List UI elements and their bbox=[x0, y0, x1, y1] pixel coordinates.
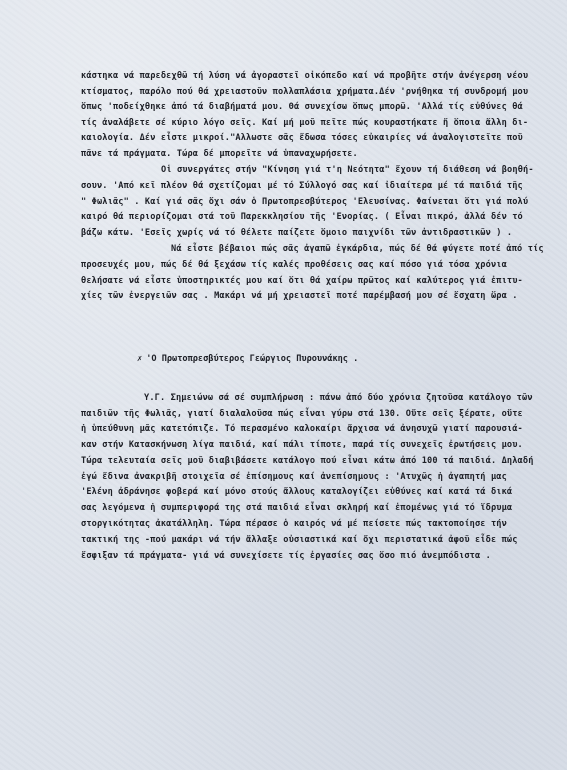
cross-mark-icon: ✗ bbox=[137, 353, 142, 365]
postscript-line: σας λεγόμενα ἡ συμπεριφορά της στά παιδι… bbox=[81, 502, 512, 514]
postscript-line: στοργικότητας ἀκατάλληλη. Τώρα πέρασε ὁ … bbox=[81, 518, 507, 530]
signature-line: ✗'Ο Πρωτοπρεσβύτερος Γεώργιος Πυρουνάκης… bbox=[137, 353, 358, 365]
text-line: πᾶνε τά πράγματα. Τώρα δέ μπορεῖτε νά ὑπ… bbox=[81, 148, 358, 160]
text-line: σουν. 'Από κεῖ πλέον θά σχετίζομαι μέ τό… bbox=[81, 180, 523, 192]
text-line: κάστηκα νά παρεδεχθῶ τή λύση νά ἀγοραστε… bbox=[81, 70, 528, 82]
text-line: θελήσατε νά εἶστε ὑποστηρικτές μου καί ὅ… bbox=[81, 275, 523, 287]
signature-text: 'Ο Πρωτοπρεσβύτερος Γεώργιος Πυρουνάκης … bbox=[146, 354, 358, 364]
postscript-line: Υ.Γ. Σημειώνω σά σέ συμπλήρωση : πάνω ἀπ… bbox=[144, 392, 533, 404]
text-line: καιολογία. Δέν εἶστε μικροί."Αλλωστε σᾶς… bbox=[81, 132, 523, 144]
text-line: Νά εἶστε βέβαιοι πώς σᾶς ἀγαπῶ ἐγκάρδια,… bbox=[171, 243, 544, 255]
text-line: καιρό θά περιορίζομαι στά τοῦ Παρεκκλησί… bbox=[81, 211, 523, 223]
text-line: βάζω κάτω. 'Εσεῖς χωρίς νά τό θέλετε παί… bbox=[81, 227, 512, 239]
postscript-line: 'Ελένη ἀδράνησε φοβερά καί μόνο στούς ἄλ… bbox=[81, 486, 512, 498]
postscript-line: ἡ ὑπεύθυνη μᾶς κατετόπιζε. Τό περασμένο … bbox=[81, 423, 523, 435]
text-line: Οἱ συνεργάτες στήν "Κίνηση γιά τ'η Νεότη… bbox=[161, 164, 534, 176]
postscript-line: παιδιῶν τῆς Φωλιᾶς, γιατί διαλαλοῦσα πώς… bbox=[81, 408, 523, 420]
text-line: κτίσματος, παρόλο πού θά χρειαστοῦν πολλ… bbox=[81, 86, 528, 98]
postscript-line: καν στήν Κατασκήνωση λίγα παιδιά, καί πά… bbox=[81, 439, 523, 451]
postscript-line: ἐγώ ἔδινα ἀνακριβῆ στοιχεῖα σέ ἐπίσημους… bbox=[81, 471, 507, 483]
postscript-line: Τώρα τελευταία σεῖς μοῦ διαβιβάσετε κατά… bbox=[81, 455, 534, 467]
postscript-line: τακτική της -πού μακάρι νά τήν ἄλλαξε οὐ… bbox=[81, 534, 518, 546]
document-page: κάστηκα νά παρεδεχθῶ τή λύση νά ἀγοραστε… bbox=[0, 0, 567, 770]
text-line: ὅπως 'ποδείχθηκε ἀπό τά διαβήματά μου. Θ… bbox=[81, 101, 523, 113]
text-line: χίες τῶν ἐνεργειῶν σας . Μακάρι νά μή χρ… bbox=[81, 290, 518, 302]
text-line: " Φωλιᾶς" . Καί γιά σᾶς ὄχι σάν ὁ Πρωτοπ… bbox=[81, 196, 528, 208]
postscript-line: ἔσφιξαν τά πράγματα- γιά νά συνεχίσετε τ… bbox=[81, 550, 491, 562]
text-line: προσευχές μου, πώς δέ θά ξεχάσω τίς καλέ… bbox=[81, 259, 507, 271]
text-line: τίς ἀναλάβετε σέ κύριο λόγο σεῖς. Καί μή… bbox=[81, 117, 528, 129]
